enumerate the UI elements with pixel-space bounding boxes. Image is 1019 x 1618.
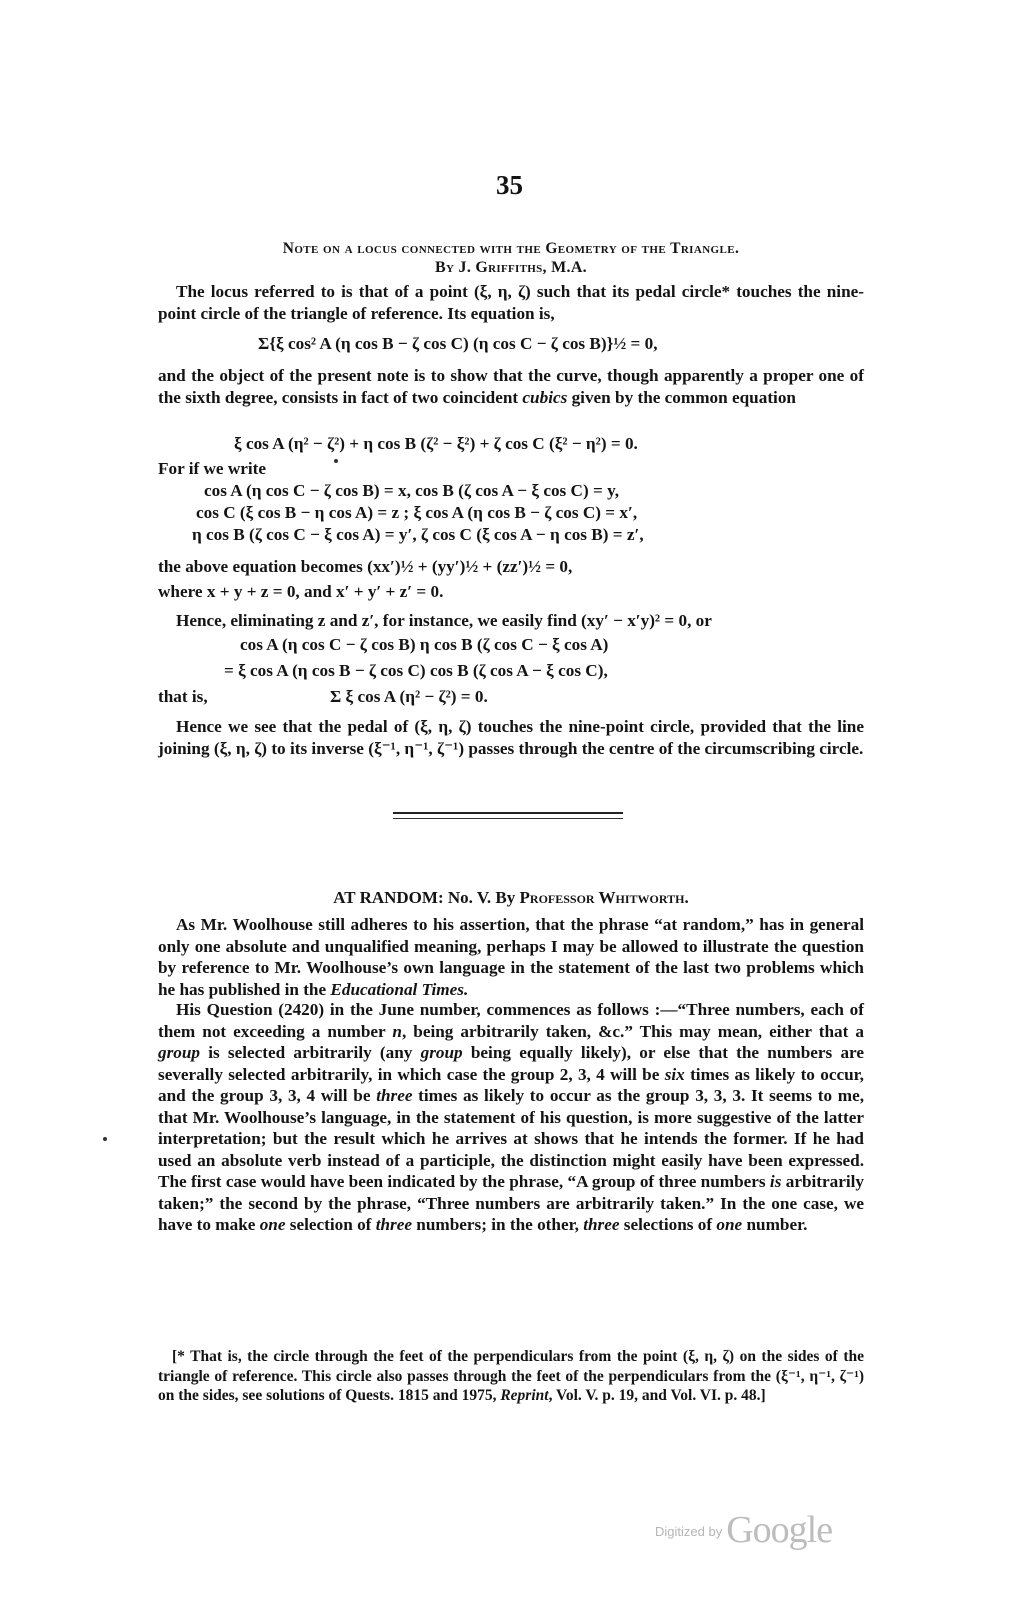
section-divider-thin [393, 818, 623, 819]
emphasis-text: Educational Times. [330, 980, 468, 999]
label-that-is: that is, [158, 686, 208, 708]
emphasis-text: group [421, 1043, 463, 1062]
paragraph-conclusion: Hence we see that the pedal of (ξ, η, ζ)… [158, 716, 864, 759]
paragraph-text: numbers; in the other, [412, 1215, 583, 1234]
article-title: Note on a locus connected with the Geome… [155, 238, 867, 259]
equation-x-y: cos A (η cos C − ζ cos B) = x, cos B (ζ … [204, 480, 619, 502]
emphasis-text: group [158, 1043, 200, 1062]
paragraph-text: Hence we see that the pedal of (ξ, η, ζ)… [158, 717, 864, 758]
paragraph-question: His Question (2420) in the June number, … [158, 999, 864, 1236]
emphasis-text: cubics [522, 388, 567, 407]
paragraph-intro: The locus referred to is that of a point… [158, 281, 864, 324]
emphasis-text: six [665, 1065, 685, 1084]
paragraph-text: given by the common equation [567, 388, 796, 407]
paragraph-where: where x + y + z = 0, and x′ + y′ + z′ = … [158, 581, 864, 603]
google-logo-text: Google [726, 1509, 832, 1551]
equation-yprime-zprime: η cos B (ζ cos C − ξ cos A) = y′, ζ cos … [192, 524, 644, 546]
paragraph-text: , being arbitrarily taken, &c.” This may… [402, 1022, 864, 1041]
paragraph-text: is selected arbitrarily (any [200, 1043, 421, 1062]
emphasis-text: three [376, 1215, 412, 1234]
equation-result: Σ ξ cos A (η² − ζ²) = 0. [330, 686, 488, 708]
emphasis-text: one [716, 1215, 742, 1234]
paragraph-text: As Mr. Woolhouse still adheres to his as… [158, 915, 864, 999]
section-title-main: AT RANDOM: No. V. By [333, 888, 519, 907]
equation-locus: Σ{ξ cos² A (η cos B − ζ cos C) (η cos C … [258, 333, 658, 355]
emphasis-text: Reprint [500, 1387, 548, 1404]
digitized-watermark: Digitized byGoogle [655, 1508, 832, 1552]
paragraph-becomes: the above equation becomes (xx′)½ + (yy′… [158, 556, 864, 578]
paragraph-text: selection of [285, 1215, 375, 1234]
paragraph-text: The locus referred to is that of a point… [158, 282, 864, 323]
paragraph-text: Hence, eliminating z and z′, for instanc… [176, 611, 712, 630]
emphasis-text: three [583, 1215, 619, 1234]
section-divider [393, 812, 623, 814]
emphasis-text: n [392, 1022, 402, 1041]
equation-z-xprime: cos C (ξ cos B − η cos A) = z ; ξ cos A … [196, 502, 637, 524]
footnote-text: , Vol. V. p. 19, and Vol. VI. p. 48.] [549, 1387, 766, 1404]
paragraph-eliminating: Hence, eliminating z and z′, for instanc… [158, 610, 864, 632]
equation-product-2: = ξ cos A (η cos B − ζ cos C) cos B (ζ c… [224, 660, 608, 682]
footnote: [* That is, the circle through the feet … [158, 1347, 864, 1406]
page-number: 35 [0, 170, 1019, 201]
emphasis-text: is [770, 1172, 781, 1191]
equation-product-1: cos A (η cos C − ζ cos B) η cos B (ζ cos… [240, 634, 608, 656]
book-page: 35 Note on a locus connected with the Ge… [0, 0, 1019, 1618]
section-title-author: Professor Whitworth. [520, 888, 689, 907]
watermark-label: Digitized by [655, 1524, 722, 1539]
paragraph-text: selections of [620, 1215, 717, 1234]
paragraph-woolhouse: As Mr. Woolhouse still adheres to his as… [158, 914, 864, 1000]
article-byline: By J. Griffiths, M.A. [155, 259, 867, 277]
emphasis-text: three [376, 1086, 412, 1105]
paragraph-text: number. [742, 1215, 807, 1234]
equation-cubic: ξ cos A (η² − ζ²) + η cos B (ζ² − ξ²) + … [234, 433, 638, 455]
paragraph-for-if: For if we write [158, 458, 864, 480]
ink-speck [103, 1137, 107, 1141]
emphasis-text: one [260, 1215, 286, 1234]
section-title: AT RANDOM: No. V. By Professor Whitworth… [155, 888, 867, 908]
paragraph-object: and the object of the present note is to… [158, 365, 864, 408]
